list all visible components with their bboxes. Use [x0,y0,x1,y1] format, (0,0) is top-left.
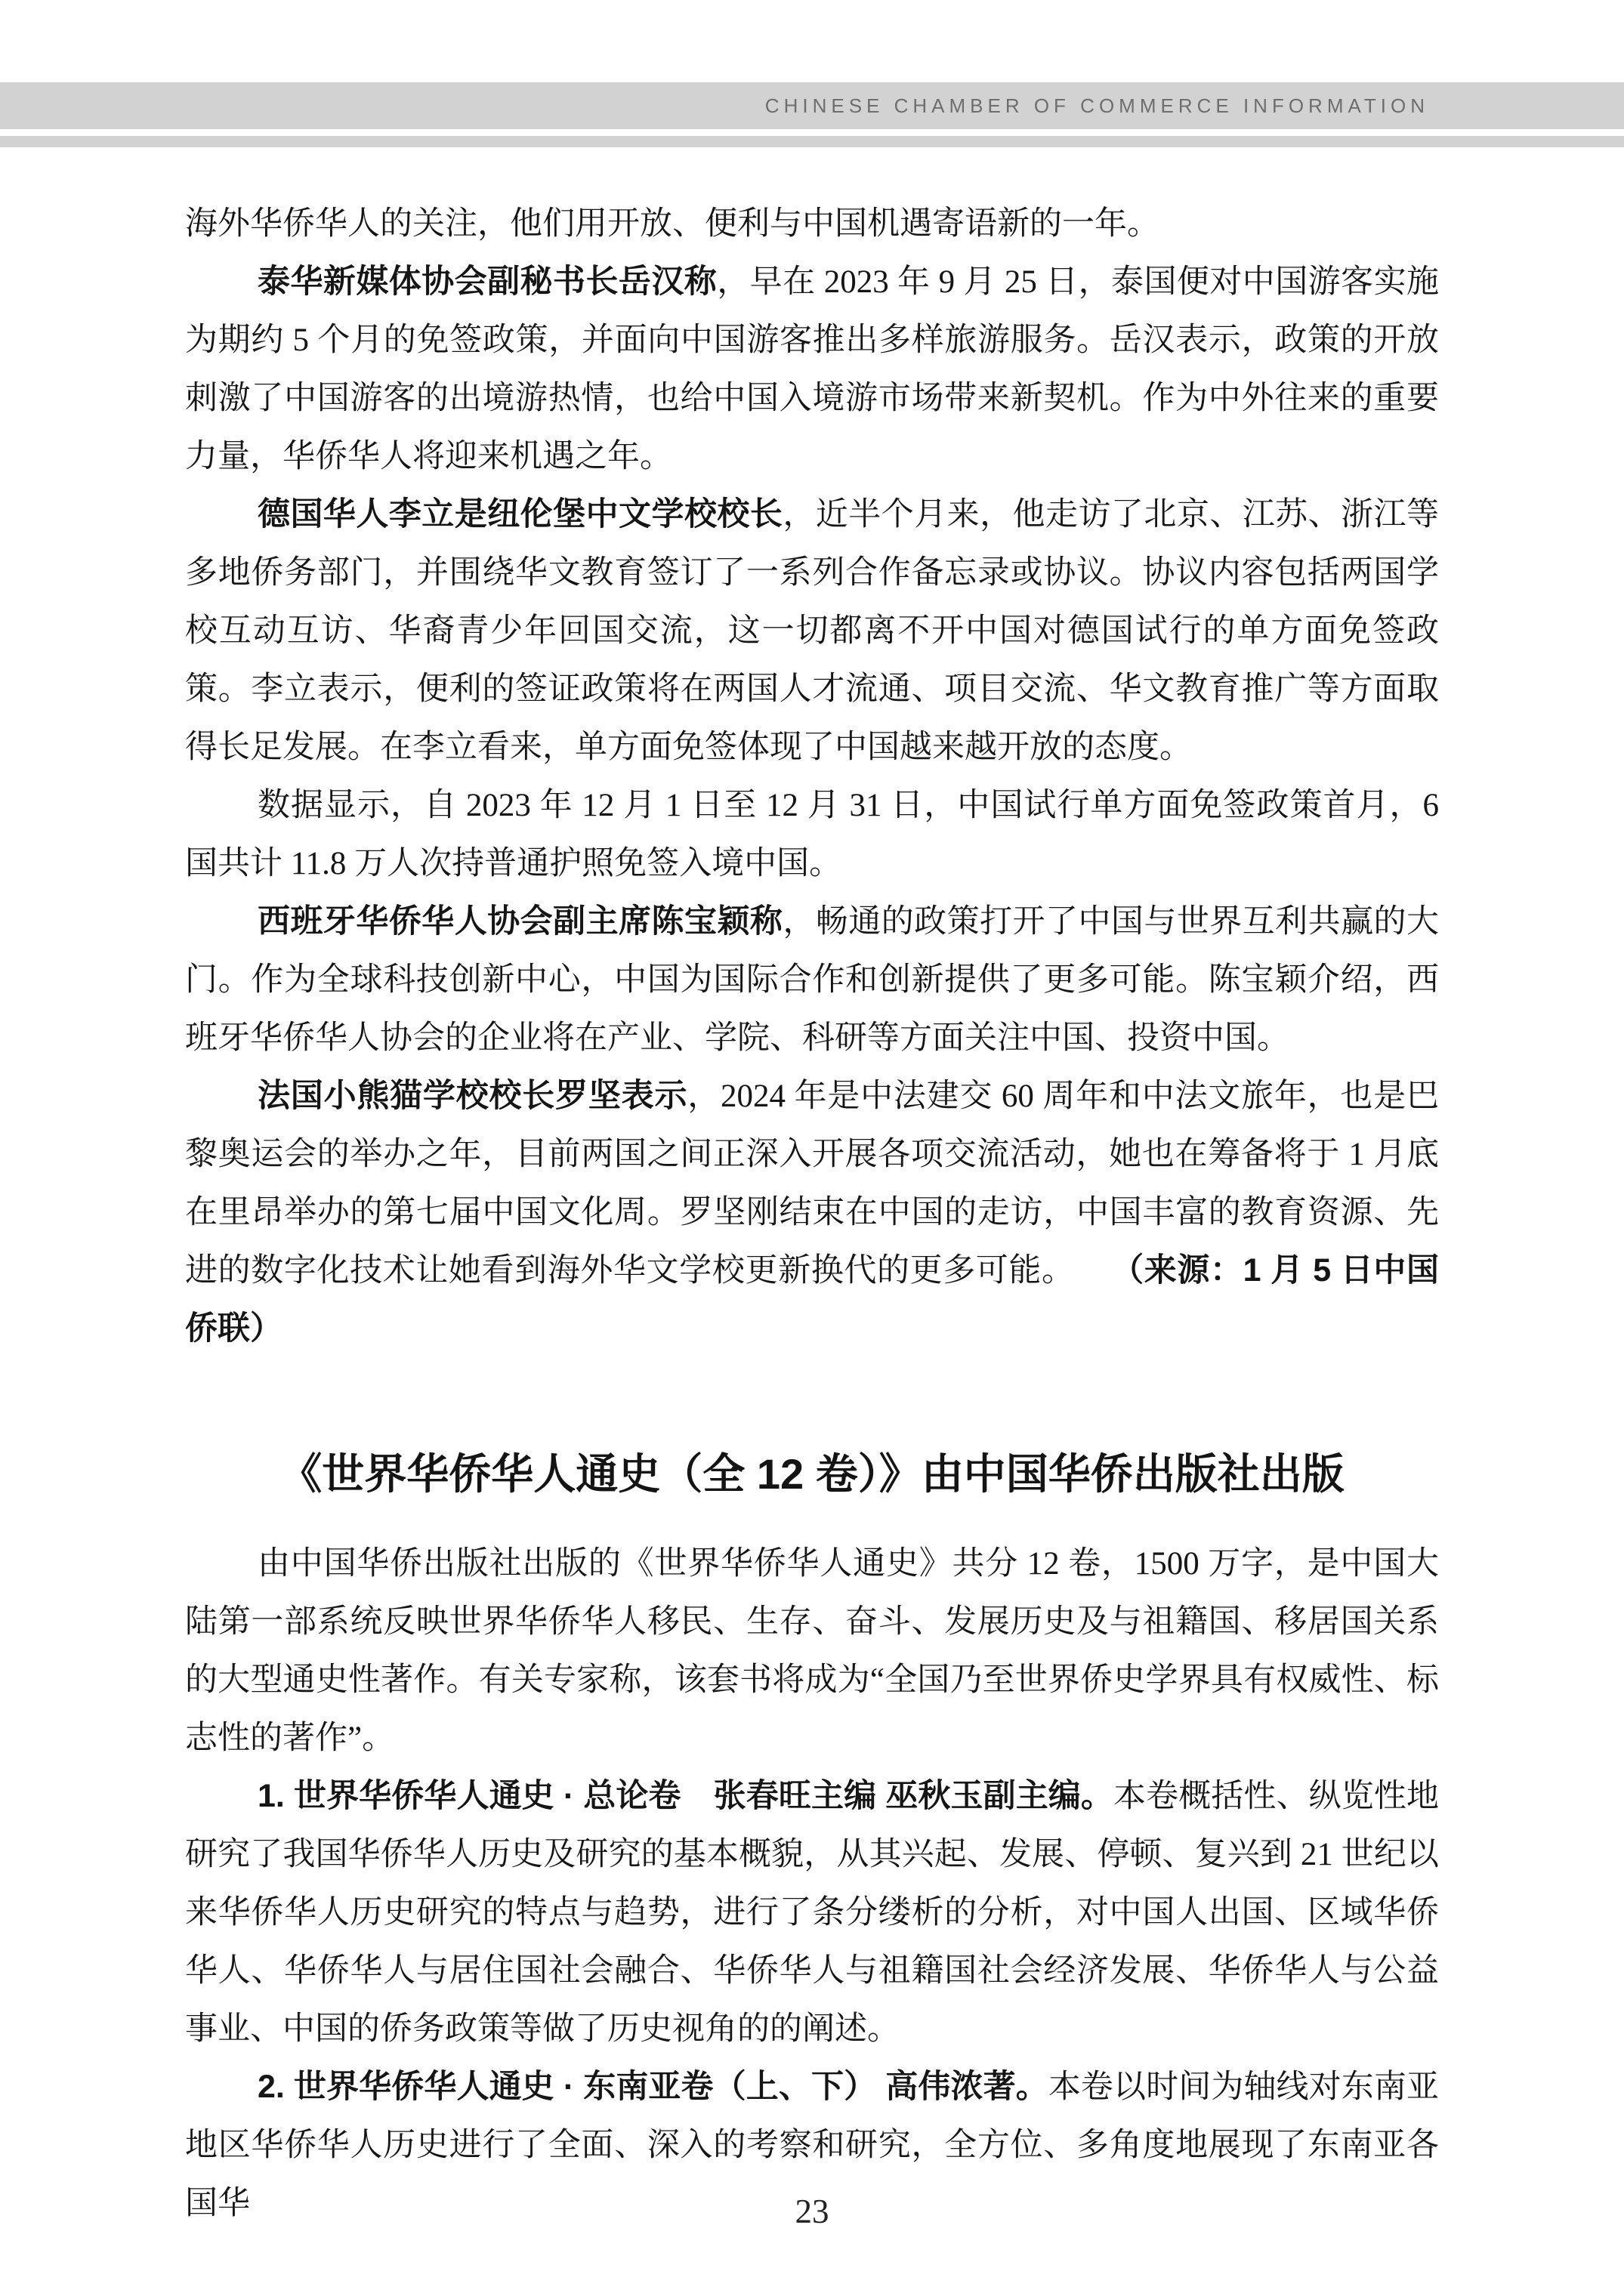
page-number: 23 [0,2192,1624,2231]
paragraph-book-intro: 由中国华侨出版社出版的《世界华侨华人通史》共分 12 卷，1500 万字，是中国… [185,1535,1439,1767]
paragraph-germany: 德国华人李立是纽伦堡中文学校校长，近半个月来，他走访了北京、江苏、浙江等多地侨务… [185,486,1439,776]
paragraph-text: 本卷概括性、纵览性地研究了我国华侨华人历史及研究的基本概貌，从其兴起、发展、停顿… [185,1779,1439,2047]
paragraph-spain: 西班牙华侨华人协会副主席陈宝颖称，畅通的政策打开了中国与世界互利共赢的大门。作为… [185,893,1439,1067]
paragraph-volume-1: 1. 世界华侨华人通史 · 总论卷 张春旺主编 巫秋玉副主编。本卷概括性、纵览性… [185,1767,1439,2058]
paragraph-lead: 2. 世界华侨华人通史 · 东南亚卷（上、下） 高伟浓著。 [258,2069,1048,2105]
paragraph-text: 海外华侨华人的关注，他们用开放、便利与中国机遇寄语新的一年。 [185,206,1159,242]
paragraph-text: ，近半个月来，他走访了北京、江苏、浙江等多地侨务部门，并围绕华文教育签订了一系列… [185,497,1439,765]
header-rule [0,136,1624,147]
paragraph-continuation: 海外华侨华人的关注，他们用开放、便利与中国机遇寄语新的一年。 [185,195,1439,253]
header-banner: CHINESE CHAMBER OF COMMERCE INFORMATION [0,82,1624,129]
paragraph-text: 数据显示，自 2023 年 12 月 1 日至 12 月 31 日，中国试行单方… [185,788,1439,881]
paragraph-text: 由中国华侨出版社出版的《世界华侨华人通史》共分 12 卷，1500 万字，是中国… [185,1546,1439,1756]
paragraph-lead: 1. 世界华侨华人通史 · 总论卷 张春旺主编 巫秋玉副主编。 [258,1778,1113,1814]
document-page: CHINESE CHAMBER OF COMMERCE INFORMATION … [0,0,1624,2293]
paragraph-lead: 泰华新媒体协会副秘书长岳汉称 [258,264,717,300]
article-title: 《世界华侨华人通史（全 12 卷）》由中国华侨出版社出版 [185,1440,1439,1509]
paragraph-lead: 西班牙华侨华人协会副主席陈宝颖称 [258,903,783,940]
header-banner-text: CHINESE CHAMBER OF COMMERCE INFORMATION [765,94,1429,118]
paragraph-france: 法国小熊猫学校校长罗坚表示，2024 年是中法建交 60 周年和中法文旅年，也是… [185,1067,1439,1358]
paragraph-thailand: 泰华新媒体协会副秘书长岳汉称，早在 2023 年 9 月 25 日，泰国便对中国… [185,253,1439,486]
article-body: 海外华侨华人的关注，他们用开放、便利与中国机遇寄语新的一年。 泰华新媒体协会副秘… [185,195,1439,2233]
paragraph-lead: 德国华人李立是纽伦堡中文学校校长 [258,496,783,532]
paragraph-statistics: 数据显示，自 2023 年 12 月 1 日至 12 月 31 日，中国试行单方… [185,776,1439,893]
paragraph-lead: 法国小熊猫学校校长罗坚表示 [258,1078,687,1114]
